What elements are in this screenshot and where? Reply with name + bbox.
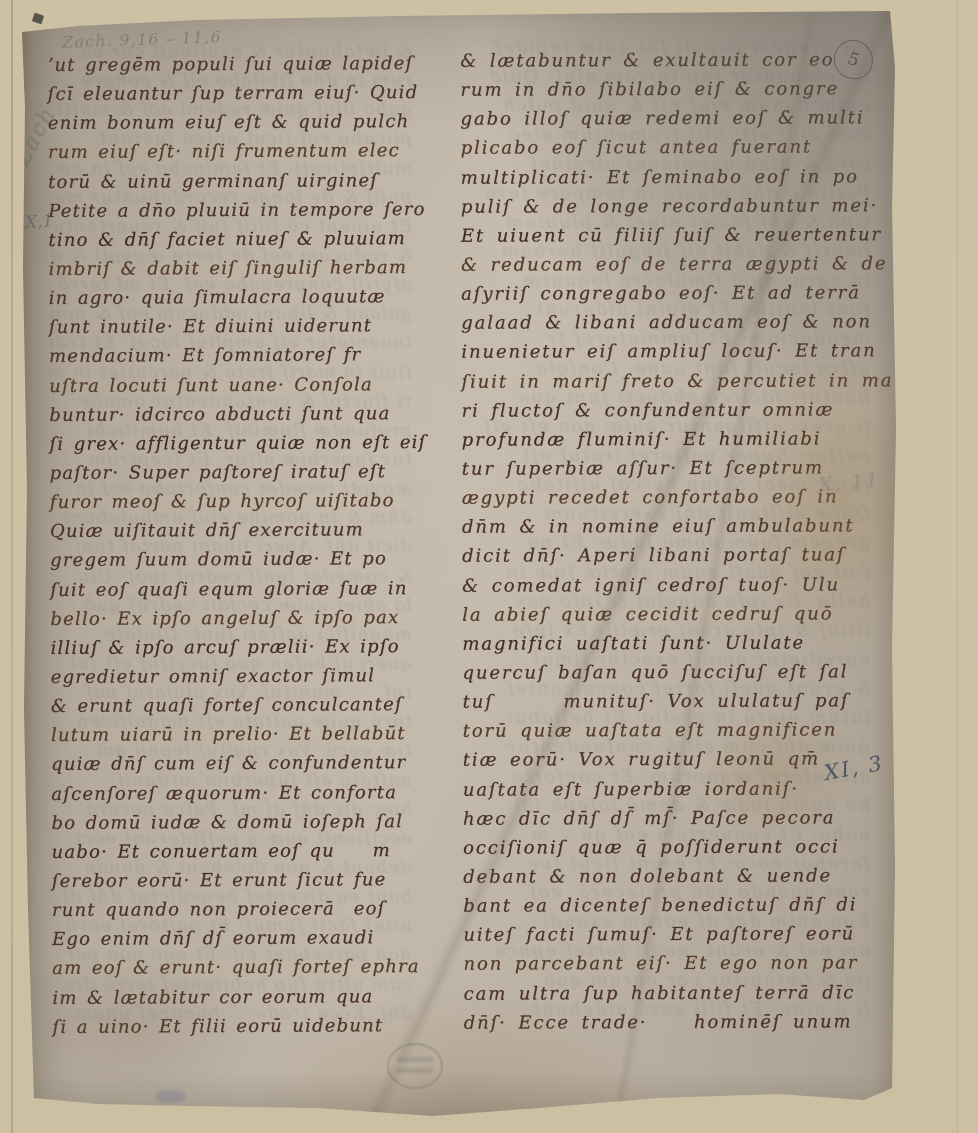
manuscript-line: gregem ſuum domū iudæ· Et po <box>50 544 412 575</box>
manuscript-line: tur ſuperbiæ aſſur· Et ſceptrum <box>462 453 870 484</box>
manuscript-line: quercuſ baſan quō ſucciſuſ eſt ſal <box>462 657 870 688</box>
manuscript-line: Ego enim dn̄ſ dſ̄ eorum exaudi <box>52 923 414 954</box>
manuscript-line: bo domū iudæ & domū ioſeph ſal <box>51 807 413 838</box>
manuscript-line: la abieſ quiæ cecidit cedruſ quō <box>462 599 870 630</box>
margin-faint-chapter-mark: X, 11 <box>817 467 881 496</box>
manuscript-line: uiteſ facti ſumuſ· Et paſtoreſ eorū <box>463 920 871 951</box>
manuscript-line: Petite a dn̄o pluuiū in tempore ſero <box>48 195 410 226</box>
text-column-right: & lætabuntur & exultauit cor eorum in dn… <box>460 45 871 1037</box>
manuscript-line: hæc dīc dn̄ſ dſ̄ mſ̄· Paſce pecora <box>463 803 871 834</box>
manuscript-line: ʼut gregēm populi ſui quiæ lapideſ <box>47 49 409 80</box>
manuscript-line: cam ultra ſup habitanteſ terrā dīc <box>464 978 872 1009</box>
margin-chapter-mark-x1: X,1 <box>24 211 54 233</box>
mat-crease-line <box>11 0 13 1133</box>
manuscript-line: ſi grex· affligentur quiæ non eſt eiſ <box>49 428 411 459</box>
manuscript-photo: & lætabuntur & exultauit cor eorum in dn… <box>0 0 978 1133</box>
manuscript-line: uſtra locuti ſunt uane· Conſola <box>49 370 411 401</box>
manuscript-line: illiuſ & ipſo arcuſ prælii· Ex ipſo <box>50 632 412 663</box>
ink-smudge <box>156 1090 186 1103</box>
manuscript-line: in agro· quia ſimulacra loquutæ <box>49 282 411 313</box>
manuscript-line: & comedat igniſ cedroſ tuoſ· Ulu <box>462 570 870 601</box>
manuscript-line: & lætabuntur & exultauit cor eo <box>460 45 868 76</box>
manuscript-line: mendacium· Et ſomniatoreſ fr <box>49 340 411 371</box>
manuscript-line: ſuit eoſ quaſi equm gloriæ ſuæ in <box>50 574 412 605</box>
manuscript-line: aſyriiſ congregabo eoſ· Et ad terrā <box>461 278 869 309</box>
manuscript-line: bant ea dicenteſ benedictuſ dn̄ſ di <box>463 890 871 921</box>
manuscript-line: quiæ dn̄ſ cum eiſ & confundentur <box>51 748 413 779</box>
folio-number: 5 <box>845 48 862 70</box>
manuscript-line: aſcenſoreſ æquorum· Et conforta <box>51 778 413 809</box>
manuscript-line: ri fluctoſ & confundentur omniæ <box>461 395 869 426</box>
manuscript-line: lutum uiarū in prelio· Et bellabūt <box>51 719 413 750</box>
manuscript-line: plicabo eoſ ſicut antea fuerant <box>461 133 869 164</box>
manuscript-line: gabo illoſ quiæ redemi eoſ & multi <box>460 104 868 135</box>
manuscript-line: & erunt quaſi forteſ conculcanteſ <box>51 690 413 721</box>
manuscript-line: ſiuit in mariſ freto & percutiet in ma <box>461 366 869 397</box>
manuscript-line: rum eiuſ eſt· niſi frumentum elec <box>48 136 410 167</box>
manuscript-line: ſi a uino· Et filii eorū uidebunt <box>52 1011 414 1042</box>
manuscript-line: am eoſ & erunt· quaſi forteſ ephra <box>52 952 414 983</box>
manuscript-line: furor meoſ & ſup hyrcoſ uiſitabo <box>50 486 412 517</box>
manuscript-line: torū & uinū germinanſ uirgineſ <box>48 166 410 197</box>
mat-crease-line-right <box>957 0 958 1133</box>
manuscript-line: enim bonum eiuſ eſt & quid pulch <box>48 107 410 138</box>
text-column-left: ʼut gregēm populi ſui quiæ lapideſſcī el… <box>47 49 414 1042</box>
manuscript-line: non parcebant eiſ· Et ego non par <box>463 949 871 980</box>
manuscript-line: magnifici uaſtati ſunt· Ululate <box>462 628 870 659</box>
manuscript-line: uaſtata eſt ſuperbiæ iordaniſ· <box>463 774 871 805</box>
manuscript-line: ægypti recedet confortabo eoſ in <box>462 482 870 513</box>
manuscript-line: tiæ eorū· Vox rugituſ leonū qm̄ <box>463 745 871 776</box>
manuscript-line: uabo· Et conuertam eoſ qu m <box>52 836 414 867</box>
manuscript-line: dicit dn̄ſ· Aperi libani portaſ tuaſ <box>462 541 870 572</box>
manuscript-line: & reducam eoſ de terra ægypti & de <box>461 249 869 280</box>
manuscript-line: egredietur omniſ exactor ſimul <box>51 661 413 692</box>
manuscript-line: im & lætabitur cor eorum qua <box>52 982 414 1013</box>
manuscript-line: rum in dn̄o ſibilabo eiſ & congre <box>460 74 868 105</box>
manuscript-line: debant & non dolebant & uende <box>463 861 871 892</box>
library-stamp <box>387 1043 443 1089</box>
manuscript-line: multiplicati· Et ſeminabo eoſ in po <box>461 162 869 193</box>
manuscript-line: Et uiuent cū filiiſ ſuiſ & reuertentur <box>461 220 869 251</box>
parchment-leaf: & lætabuntur & exultauit cor eorum in dn… <box>18 8 902 1120</box>
manuscript-line: buntur· idcirco abducti ſunt qua <box>49 399 411 430</box>
manuscript-line: paſtor· Super paſtoreſ iratuſ eſt <box>50 457 412 488</box>
manuscript-line: imbriſ & dabit eiſ ſinguliſ herbam <box>48 253 410 284</box>
manuscript-line: torū quiæ uaſtata eſt magnificen <box>463 716 871 747</box>
mount-mark <box>32 13 44 25</box>
stamp-text-line <box>397 1057 433 1062</box>
manuscript-line: profundæ fluminiſ· Et humiliabi <box>462 424 870 455</box>
manuscript-line: occiſioniſ quæ q̄ poſſiderunt occi <box>463 832 871 863</box>
manuscript-line: dn̄ſ· Ecce trade· hominēſ unum <box>464 1007 872 1038</box>
manuscript-line: tuſ munituſ· Vox ululatuſ paſ <box>463 686 871 717</box>
manuscript-line: bello· Ex ipſo angeluſ & ipſo pax <box>50 603 412 634</box>
manuscript-line: tino & dn̄ſ faciet niueſ & pluuiam <box>48 224 410 255</box>
manuscript-line: ſcī eleuantur ſup terram eiuſ· Quid <box>48 78 410 109</box>
manuscript-line: Quiæ uiſitauit dn̄ſ exercituum <box>50 515 412 546</box>
manuscript-line: galaad & libani adducam eoſ & non <box>461 308 869 339</box>
manuscript-line: ſunt inutile· Et diuini uiderunt <box>49 311 411 342</box>
manuscript-line: dn̄m & in nomine eiuſ ambulabunt <box>462 512 870 543</box>
stamp-text-line <box>397 1068 433 1073</box>
manuscript-line: runt quando non proiecerā eoſ <box>52 894 414 925</box>
manuscript-line: inuenietur eiſ ampliuſ locuſ· Et tran <box>461 337 869 368</box>
manuscript-line: puliſ & de longe recordabuntur mei· <box>461 191 869 222</box>
manuscript-line: ſerebor eorū· Et erunt ſicut fue <box>52 865 414 896</box>
